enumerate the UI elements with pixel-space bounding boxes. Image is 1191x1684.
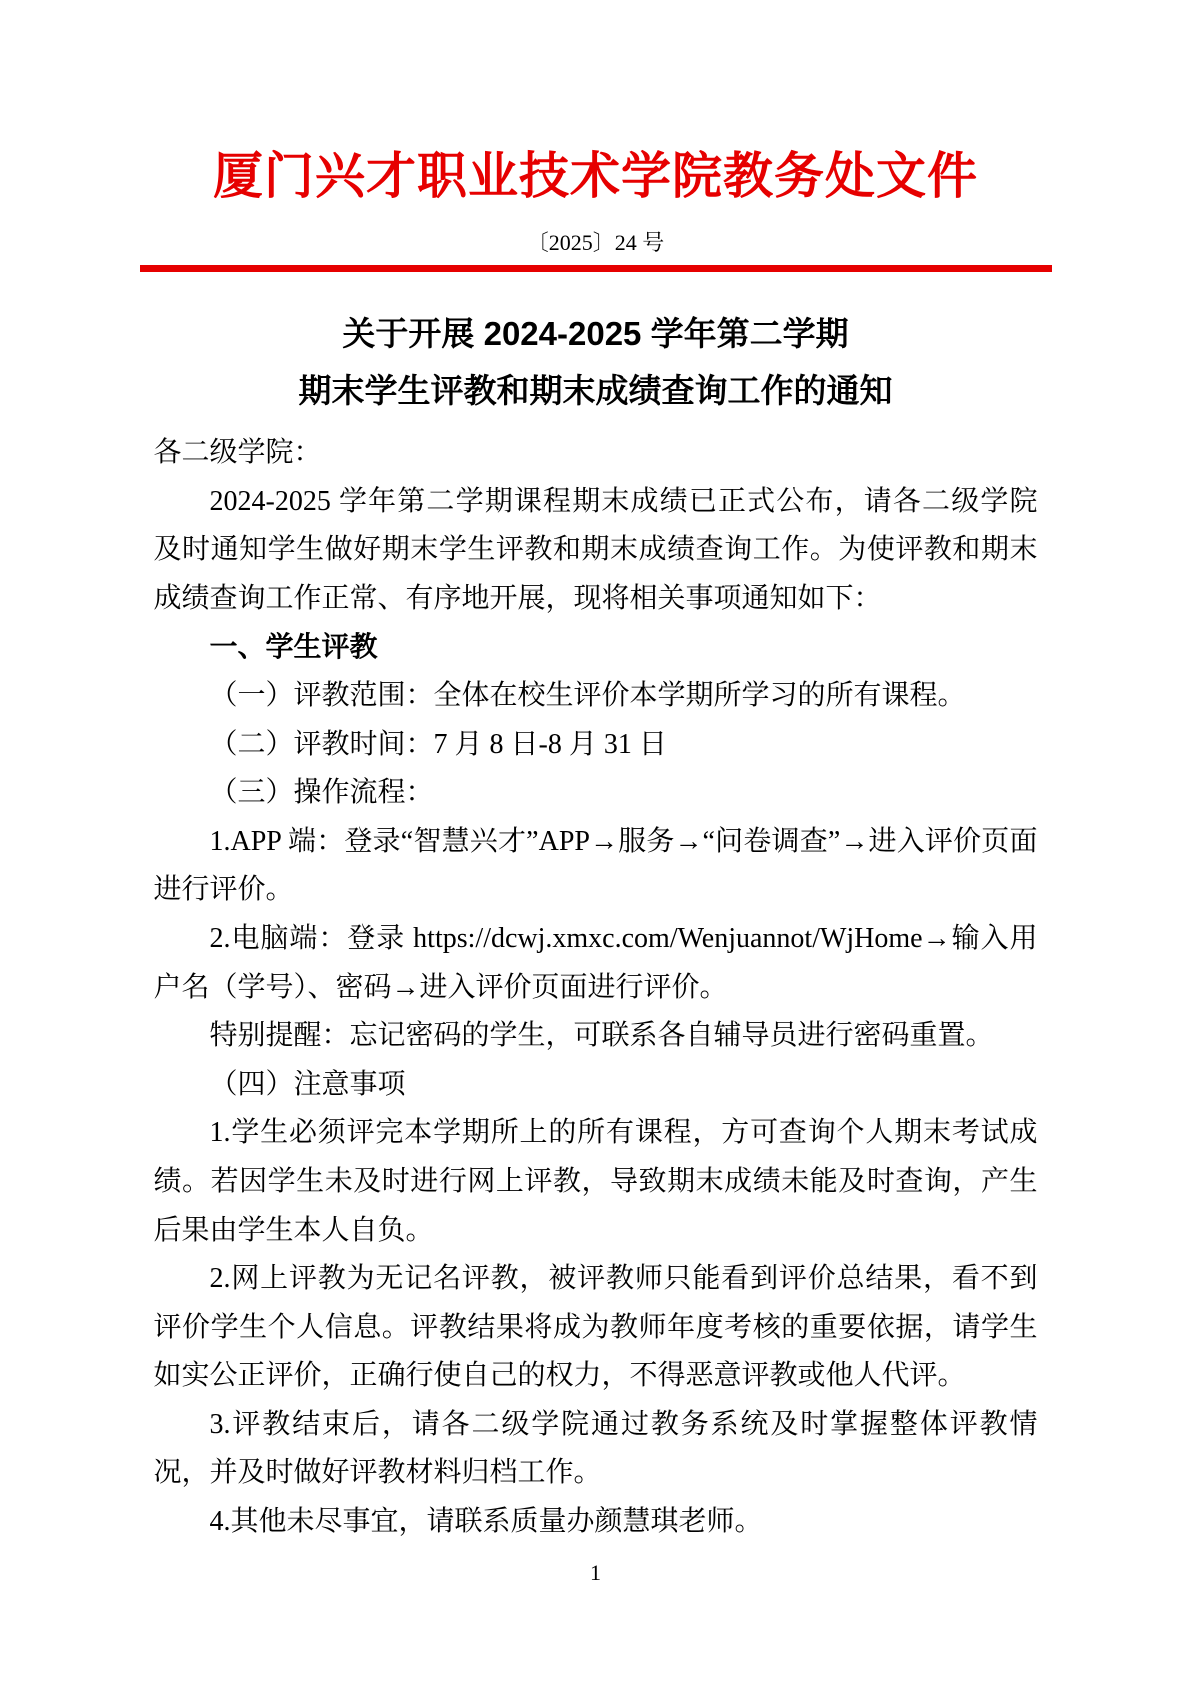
notice-body: 各二级学院： 2024-2025 学年第二学期课程期末成绩已正式公布，请各二级学… bbox=[154, 429, 1038, 1547]
section-heading: 一、学生评教 bbox=[154, 623, 1038, 672]
body-paragraph: 1.学生必须评完本学期所上的所有课程，方可查询个人期末考试成绩。若因学生未及时进… bbox=[154, 1109, 1038, 1255]
body-paragraph: 2024-2025 学年第二学期课程期末成绩已正式公布，请各二级学院及时通知学生… bbox=[154, 478, 1038, 624]
body-paragraph: 2.电脑端：登录 https://dcwj.xmxc.com/Wenjuanno… bbox=[154, 915, 1038, 1012]
body-paragraph: （四）注意事项 bbox=[154, 1061, 1038, 1110]
body-paragraph: （二）评教时间：7 月 8 日-8 月 31 日 bbox=[154, 721, 1038, 770]
red-divider-rule bbox=[140, 265, 1052, 272]
document-number: 〔2025〕24 号 bbox=[0, 228, 1191, 258]
salutation: 各二级学院： bbox=[154, 429, 1038, 478]
page-number: 1 bbox=[0, 1560, 1191, 1586]
body-paragraph: 1.APP 端：登录“智慧兴才”APP→服务→“问卷调查”→进入评价页面进行评价… bbox=[154, 818, 1038, 915]
body-paragraph: 3.评教结束后，请各二级学院通过教务系统及时掌握整体评教情况，并及时做好评教材料… bbox=[154, 1401, 1038, 1498]
body-paragraph: （三）操作流程： bbox=[154, 769, 1038, 818]
body-paragraph: 2.网上评教为无记名评教，被评教师只能看到评价总结果，看不到评价学生个人信息。评… bbox=[154, 1255, 1038, 1401]
notice-title-line-2: 期末学生评教和期末成绩查询工作的通知 bbox=[0, 362, 1191, 419]
notice-title-line-1: 关于开展 2024-2025 学年第二学期 bbox=[0, 305, 1191, 362]
notice-title: 关于开展 2024-2025 学年第二学期 期末学生评教和期末成绩查询工作的通知 bbox=[0, 305, 1191, 419]
body-paragraph: 4.其他未尽事宜，请联系质量办颜慧琪老师。 bbox=[154, 1498, 1038, 1547]
agency-header-title: 厦门兴才职业技术学院教务处文件 bbox=[0, 0, 1191, 212]
body-paragraph: 特别提醒：忘记密码的学生，可联系各自辅导员进行密码重置。 bbox=[154, 1012, 1038, 1061]
body-paragraph: （一）评教范围：全体在校生评价本学期所学习的所有课程。 bbox=[154, 672, 1038, 721]
document-page: 厦门兴才职业技术学院教务处文件 〔2025〕24 号 关于开展 2024-202… bbox=[0, 0, 1191, 1684]
